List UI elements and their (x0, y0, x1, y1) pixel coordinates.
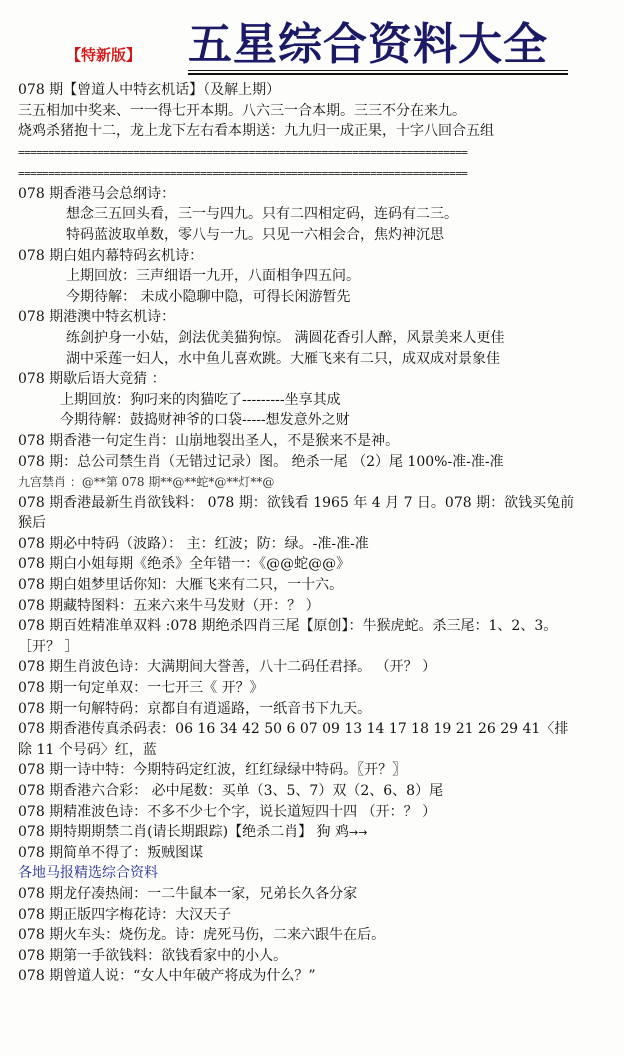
hk-poem-line: 特码蓝波取单数，零八与一九。只见一六相会合，焦灼神沉思 (18, 225, 578, 246)
edition-badge: 【特新版】 (66, 44, 141, 65)
list-item: 078 期曾道人说：“女人中年破产将成为什么？” (18, 966, 578, 987)
riddle-line: 今期待解：鼓捣财神爷的口袋-----想发意外之财 (18, 410, 578, 431)
list-item: 078 期香港最新生肖欲钱料： 078 期：欲钱看 1965 年 4 月 7 日… (18, 493, 578, 534)
list-item: 078 期一句定单双：一七开三《 开？》 (18, 678, 578, 699)
bai-poem-line: 今期待解： 未成小隐聊中隐，可得长闲游暂先 (18, 287, 578, 308)
intro-heading: 078 期【曾道人中特玄机话】（及解上期） (18, 80, 578, 101)
title-underline (188, 70, 568, 71)
page-header: 【特新版】 五星综合资料大全 (0, 0, 624, 78)
bai-poem-line: 上期回放：三声细语一九开，八面相争四五问。 (18, 266, 578, 287)
list-item: 078 期百姓精准单双料 :078 期绝杀四肖三尾【原创】：牛猴虎蛇。杀三尾：1… (18, 616, 578, 657)
gangao-poem-line: 湖中采莲一妇人，水中鱼儿喜欢跳。大雁飞来有二只，成双成对景象佳 (18, 349, 578, 370)
section-link[interactable]: 各地马报精选综合资料 (18, 863, 578, 884)
list-item: 078 期白姐梦里话你知：大雁飞来有二只，一十六。 (18, 575, 578, 596)
list-item: 078 期特期期禁二肖(请长期跟踪)【绝杀二肖】 狗 鸡→→ (18, 822, 578, 843)
gangao-poem-heading: 078 期港澳中特玄机诗： (18, 307, 578, 328)
gangao-poem-line: 练剑护身一小姑，剑法优美猫狗惊。 满圆花香引人醉，风景美来人更佳 (18, 328, 578, 349)
list-item-text: 078 期特期期禁二肖(请长期跟踪)【绝杀二肖】 狗 鸡 (18, 824, 349, 840)
separator: ========================================… (18, 142, 574, 163)
title-underline-thick (188, 73, 568, 75)
list-item: 078 期一诗中特：今期特码定红波，红红绿绿中特码。〖开？〗 (18, 760, 578, 781)
list-item: 078 期龙仔凑热闹：一二牛鼠本一家，兄弟长久各分家 (18, 884, 578, 905)
list-item: 078 期藏特图料：五来六来牛马发财（开：？ ） (18, 596, 578, 617)
list-item: 078 期香港六合彩： 必中尾数：买单（3、5、7）双（2、6、8）尾 (18, 781, 578, 802)
arrow-icon: →→ (349, 826, 367, 839)
separator: ========================================… (18, 163, 574, 184)
list-item: 078 期生肖波色诗：大满期间大誉善，八十二码任君择。 （开？ ） (18, 657, 578, 678)
list-item: 078 期香港传真杀码表：06 16 34 42 50 6 07 09 13 1… (18, 719, 578, 760)
hk-poem-line: 想念三五回头看，三一与四九。只有二四相定码，连码有二三。 (18, 204, 578, 225)
list-item: 078 期正版四字梅花诗：大汉天子 (18, 905, 578, 926)
list-item: 078 期白小姐每期《绝杀》全年错一：《@@蛇@@》 (18, 554, 578, 575)
riddle-heading: 078 期歇后语大竞猜 ： (18, 369, 578, 390)
page-title: 五星综合资料大全 (188, 20, 548, 70)
list-item: 078 期第一手欲钱料：欲钱看家中的小人。 (18, 946, 578, 967)
hk-poem-heading: 078 期香港马会总纲诗： (18, 184, 578, 205)
intro-line: 烧鸡杀猪抱十二，龙上龙下左右看本期送：九九归一成正果，十字八回合五组 (18, 121, 578, 142)
list-item: 078 期一句解特码：京都自有逍遥路，一纸音书下九天。 (18, 699, 578, 720)
list-item: 078 期必中特码（波路）： 主：红波；防：绿。-准-准-准 (18, 534, 578, 555)
intro-line: 三五相加中奖来、一一得七开本期。八六三一合本期。三三不分在来九。 (18, 101, 578, 122)
riddle-line: 上期回放：狗叼来的肉猫吃了---------坐享其成 (18, 390, 578, 411)
bai-poem-heading: 078 期白姐内幕特码玄机诗： (18, 246, 578, 267)
list-item: 078 期火车头：烧伤龙。诗：虎死马伤，二来六跟牛在后。 (18, 925, 578, 946)
document-body: 078 期【曾道人中特玄机话】（及解上期） 三五相加中奖来、一一得七开本期。八六… (18, 80, 578, 987)
list-item: 078 期简单不得了：叛贼图谋 (18, 843, 578, 864)
list-item: 078 期精准波色诗：不多不少七个字，说长道短四十四 （开：？ ） (18, 802, 578, 823)
list-item: 078 期香港一句定生肖：山崩地裂出圣人，不是猴来不是神。 (18, 431, 578, 452)
list-item: 九宫禁肖 ：@**第 078 期**@**蛇*@**灯**@ (18, 472, 578, 493)
list-item: 078 期：总公司禁生肖（无错过记录）图。 绝杀一尾 （2）尾 100%-准-准… (18, 452, 578, 473)
